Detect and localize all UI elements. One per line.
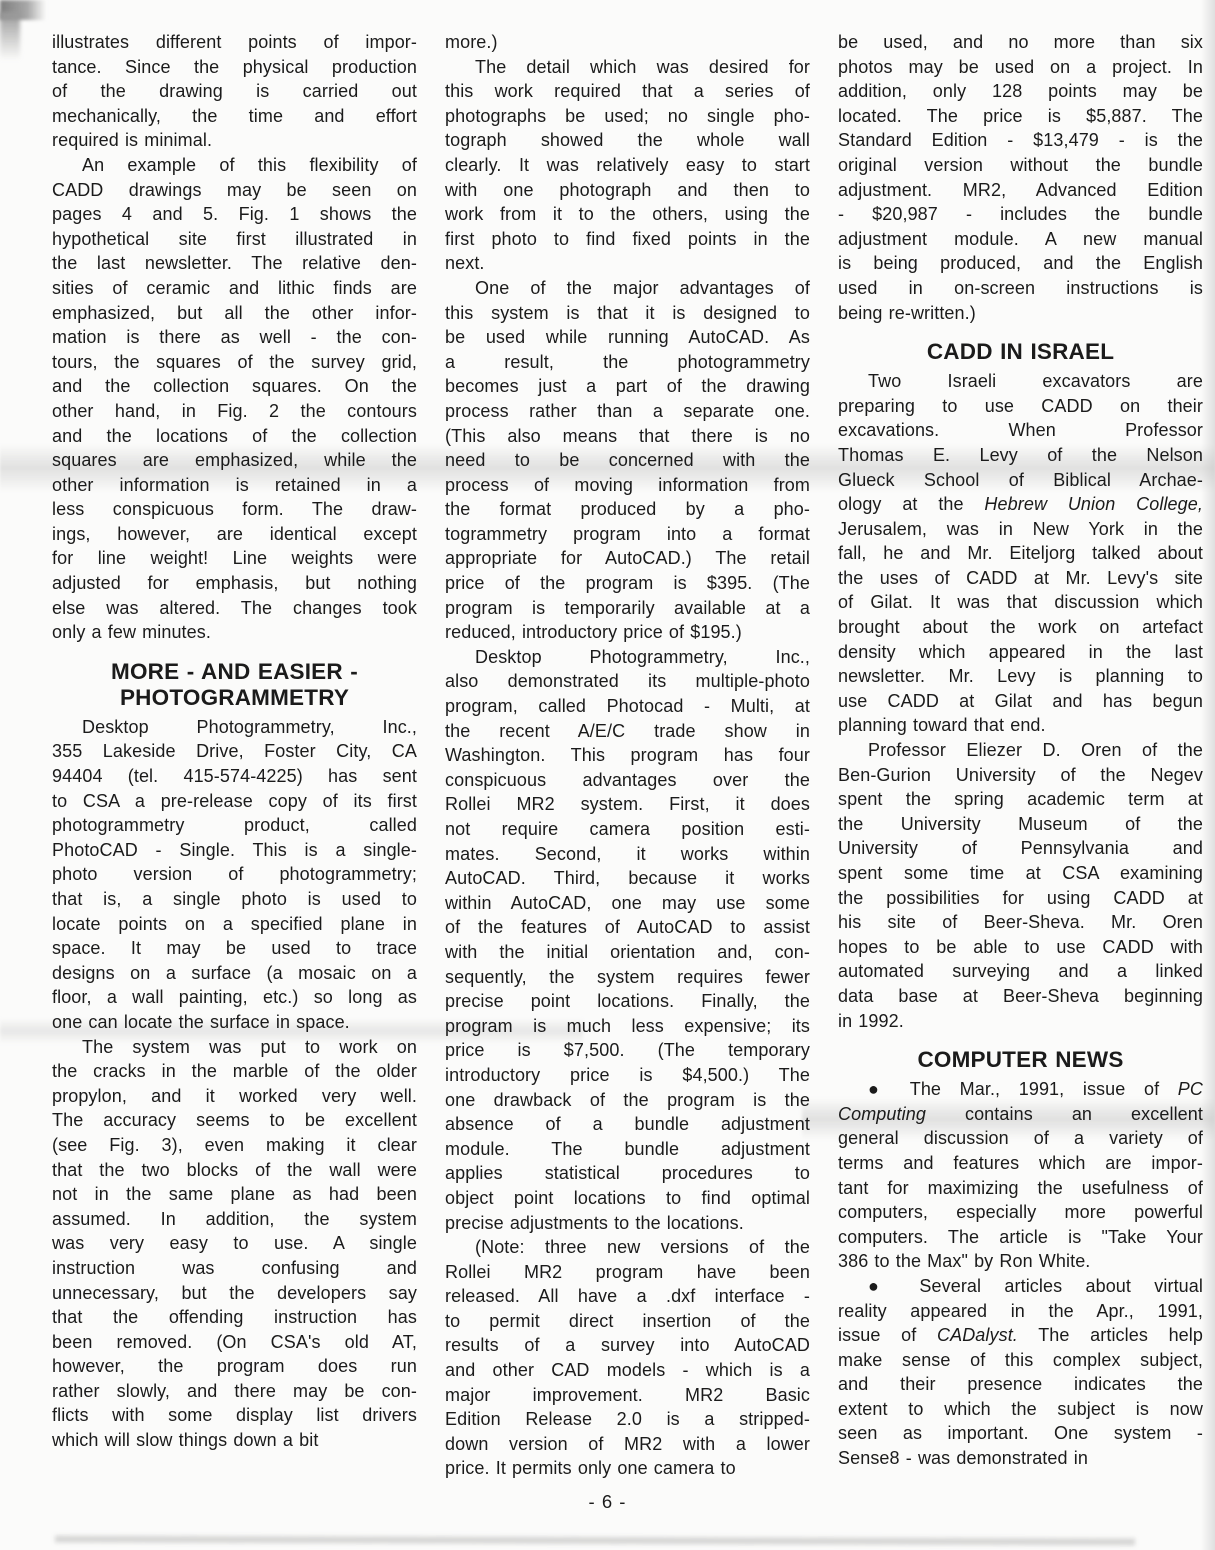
text-line: designs on a surface (a mosaic on a	[52, 961, 417, 986]
text-line: propylon, and it worked very well.	[52, 1084, 417, 1109]
text-line: next.	[445, 251, 810, 276]
text-line: less conspicuous form. The draw-	[52, 497, 417, 522]
text-line: applies statistical procedures to	[445, 1161, 810, 1186]
text-line: density which appeared in the last	[838, 640, 1203, 665]
text-line: for line weight! Line weights were	[52, 546, 417, 571]
text-line: not in the same plane as had been	[52, 1182, 417, 1207]
text-line: absence of a bundle adjustment	[445, 1112, 810, 1137]
text-line: 386 to the Max" by Ron White.	[838, 1249, 1203, 1274]
text-line: illustrates different points of impor-	[52, 30, 417, 55]
text-line: Desktop Photogrammetry, Inc.,	[52, 715, 417, 740]
text-line: data base at Beer-Sheva beginning	[838, 984, 1203, 1009]
text-line: in 1992.	[838, 1009, 1203, 1034]
text-line: not require camera position esti-	[445, 817, 810, 842]
text-line: 94404 (tel. 415-574-4225) has sent	[52, 764, 417, 789]
text-line: emphasized, but all the other infor-	[52, 301, 417, 326]
text-line: make sense of this complex subject,	[838, 1348, 1203, 1373]
text-line: been removed. (On CSA's old AT,	[52, 1330, 417, 1355]
text-line: squares are emphasized, while the	[52, 448, 417, 473]
text-line: precise point locations. Finally, the	[445, 989, 810, 1014]
text-line: the recent A/E/C trade show in	[445, 719, 810, 744]
paragraph: The system was put to work onthe cracks …	[52, 1035, 417, 1453]
text-line: with the initial orientation and, con-	[445, 940, 810, 965]
paragraph: Two Israeli excavators arepreparing to u…	[838, 369, 1203, 738]
text-line: one can locate the surface in space.	[52, 1010, 417, 1035]
text-line: tograph showed the whole wall	[445, 128, 810, 153]
section-heading: MORE - AND EASIER -PHOTOGRAMMETRY	[52, 659, 417, 711]
text-line: Glueck School of Biblical Archae-	[838, 468, 1203, 493]
text-line: the uses of CADD at Mr. Levy's site	[838, 566, 1203, 591]
text-line: An example of this flexibility of	[52, 153, 417, 178]
text-line: Professor Eliezer D. Oren of the	[838, 738, 1203, 763]
text-line: price is $7,500. (The temporary	[445, 1038, 810, 1063]
text-line: - $20,987 - includes the bundle	[838, 202, 1203, 227]
text-line: mates. Second, it works within	[445, 842, 810, 867]
paragraph: Desktop Photogrammetry, Inc.,355 Lakesid…	[52, 715, 417, 1035]
paragraph: An example of this flexibility ofCADD dr…	[52, 153, 417, 645]
text-line: Computing contains an excellent	[838, 1102, 1203, 1127]
text-line: located. The price is $5,887. The	[838, 104, 1203, 129]
text-line: was very easy to use. A single	[52, 1231, 417, 1256]
text-line: this work required that a series of	[445, 79, 810, 104]
text-column-2: more.)The detail which was desired forth…	[445, 30, 810, 1481]
text-line: addition, only 128 points may be	[838, 79, 1203, 104]
text-line: adjustment module. A new manual	[838, 227, 1203, 252]
text-line: down version of MR2 with a lower	[445, 1432, 810, 1457]
text-line: COMPUTER NEWS	[838, 1047, 1203, 1073]
text-line: mechanically, the time and effort	[52, 104, 417, 129]
text-line: Jerusalem, was in New York in the	[838, 517, 1203, 542]
text-line: price. It permits only one camera to	[445, 1456, 810, 1481]
text-line: CADD IN ISRAEL	[838, 339, 1203, 365]
text-line: however, the program does run	[52, 1354, 417, 1379]
text-line: (Note: three new versions of the	[445, 1235, 810, 1260]
text-line: more.)	[445, 30, 810, 55]
text-line: Edition Release 2.0 is a stripped-	[445, 1407, 810, 1432]
paragraph: more.)	[445, 30, 810, 55]
text-line: that the two blocks of the wall were	[52, 1158, 417, 1183]
text-line: extent to which the subject is now	[838, 1397, 1203, 1422]
text-line: The detail which was desired for	[445, 55, 810, 80]
text-line: which will slow things down a bit	[52, 1428, 417, 1453]
text-line: Ben-Gurion University of the Negev	[838, 763, 1203, 788]
text-line: rather slowly, and there may be con-	[52, 1379, 417, 1404]
text-line: object point locations to find optimal	[445, 1186, 810, 1211]
text-line: this system is that it is designed to	[445, 301, 810, 326]
section-heading: CADD IN ISRAEL	[838, 339, 1203, 365]
text-line: ● The Mar., 1991, issue of PC	[838, 1077, 1203, 1102]
text-line: Washington. This program has four	[445, 743, 810, 768]
page-number: - 6 -	[0, 1491, 1215, 1513]
text-line: that is, a single photo is used to	[52, 887, 417, 912]
text-line: One of the major advantages of	[445, 276, 810, 301]
text-line: 355 Lakeside Drive, Foster City, CA	[52, 739, 417, 764]
text-line: be used while running AutoCAD. As	[445, 325, 810, 350]
text-line: Desktop Photogrammetry, Inc.,	[445, 645, 810, 670]
text-line: of the drawing is carried out	[52, 79, 417, 104]
paragraph: illustrates different points of impor-ta…	[52, 30, 417, 153]
text-line: newsletter. Mr. Levy is planning to	[838, 664, 1203, 689]
text-line: PhotoCAD - Single. This is a single-	[52, 838, 417, 863]
text-line: process of moving information from	[445, 473, 810, 498]
text-line: the cracks in the marble of the older	[52, 1059, 417, 1084]
section-heading: COMPUTER NEWS	[838, 1047, 1203, 1073]
text-line: of the features of AutoCAD to assist	[445, 915, 810, 940]
text-line: University of Pennsylvania and	[838, 836, 1203, 861]
text-line: Standard Edition - $13,479 - is the	[838, 128, 1203, 153]
text-line: appropriate for AutoCAD.) The retail	[445, 546, 810, 571]
text-line: program, called Photocad - Multi, at	[445, 694, 810, 719]
text-line: his site of Beer-Sheva. Mr. Oren	[838, 910, 1203, 935]
text-line: conspicuous advantages over the	[445, 768, 810, 793]
text-line: original version without the bundle	[838, 153, 1203, 178]
text-line: need to be concerned with the	[445, 448, 810, 473]
text-line: first photo to find fixed points in the	[445, 227, 810, 252]
text-column-1: illustrates different points of impor-ta…	[52, 30, 417, 1453]
text-line: photos may be used on a project. In	[838, 55, 1203, 80]
text-line: AutoCAD. Third, because it works	[445, 866, 810, 891]
text-line: Sense8 - was demonstrated in	[838, 1446, 1203, 1471]
text-line: the possibilities for using CADD at	[838, 886, 1203, 911]
text-column-3: be used, and no more than sixphotos may …	[838, 30, 1203, 1471]
text-line: computers, especially more powerful	[838, 1200, 1203, 1225]
text-line: ● Several articles about virtual	[838, 1274, 1203, 1299]
text-line: issue of CADalyst. The articles help	[838, 1323, 1203, 1348]
scan-artifact-bottom-edge	[55, 1536, 1135, 1546]
text-line: only a few minutes.	[52, 620, 417, 645]
text-line: tours, the squares of the survey grid,	[52, 350, 417, 375]
text-line: within AutoCAD, one may use some	[445, 891, 810, 916]
text-line: spent some time at CSA examining	[838, 861, 1203, 886]
paragraph: Desktop Photogrammetry, Inc.,also demons…	[445, 645, 810, 1235]
text-line: one drawback of the program is the	[445, 1088, 810, 1113]
text-line: MORE - AND EASIER -	[52, 659, 417, 685]
text-line: else was altered. The changes took	[52, 596, 417, 621]
text-line: sequently, the system requires fewer	[445, 965, 810, 990]
text-line: the format produced by a pho-	[445, 497, 810, 522]
text-line: assumed. In addition, the system	[52, 1207, 417, 1232]
text-line: clearly. It was relatively easy to start	[445, 153, 810, 178]
text-line: unnecessary, but the developers say	[52, 1281, 417, 1306]
text-line: the last newsletter. The relative den-	[52, 251, 417, 276]
columns-container: illustrates different points of impor-ta…	[0, 0, 1215, 1481]
text-line: instruction was confusing and	[52, 1256, 417, 1281]
text-line: pages 4 and 5. Fig. 1 shows the	[52, 202, 417, 227]
text-line: computers. The article is "Take Your	[838, 1225, 1203, 1250]
text-line: and the locations of the collection	[52, 424, 417, 449]
text-line: and other CAD models - which is a	[445, 1358, 810, 1383]
newsletter-page: illustrates different points of impor-ta…	[0, 0, 1215, 1513]
text-line: brought about the work on artefact	[838, 615, 1203, 640]
text-line: that the offending instruction has	[52, 1305, 417, 1330]
text-line: introductory price is $4,500.) The	[445, 1063, 810, 1088]
text-line: fall, he and Mr. Eiteljorg talked about	[838, 541, 1203, 566]
text-line: space. It may be used to trace	[52, 936, 417, 961]
text-line: work from it to the others, using the	[445, 202, 810, 227]
text-line: being re-written.)	[838, 301, 1203, 326]
text-line: results of a survey into AutoCAD	[445, 1333, 810, 1358]
text-line: other hand, in Fig. 2 the contours	[52, 399, 417, 424]
text-line: CADD drawings may be seen on	[52, 178, 417, 203]
text-line: tance. Since the physical production	[52, 55, 417, 80]
text-line: automated surveying and a linked	[838, 959, 1203, 984]
text-line: hypothetical site first illustrated in	[52, 227, 417, 252]
text-line: price of the program is $395. (The	[445, 571, 810, 596]
text-line: mation is there as well - the con-	[52, 325, 417, 350]
text-line: also demonstrated its multiple-photo	[445, 669, 810, 694]
text-line: reality appeared in the Apr., 1991,	[838, 1299, 1203, 1324]
text-line: preparing to use CADD on their	[838, 394, 1203, 419]
text-line: floor, a wall painting, etc.) so long as	[52, 985, 417, 1010]
text-line: precise adjustments to the locations.	[445, 1211, 810, 1236]
text-line: process rather than a separate one.	[445, 399, 810, 424]
text-line: ings, however, are identical except	[52, 522, 417, 547]
text-line: togrammetry program into a format	[445, 522, 810, 547]
text-line: (This also means that there is no	[445, 424, 810, 449]
text-line: general discussion of a variety of	[838, 1126, 1203, 1151]
text-line: ology at the Hebrew Union College,	[838, 492, 1203, 517]
text-line: terms and features which are impor-	[838, 1151, 1203, 1176]
text-line: program is much less expensive; its	[445, 1014, 810, 1039]
text-line: seen as important. One system -	[838, 1421, 1203, 1446]
text-line: The system was put to work on	[52, 1035, 417, 1060]
text-line: is being produced, and the English	[838, 251, 1203, 276]
text-line: Two Israeli excavators are	[838, 369, 1203, 394]
text-line: of Gilat. It was that discussion which	[838, 590, 1203, 615]
text-line: adjustment. MR2, Advanced Edition	[838, 178, 1203, 203]
paragraph: Professor Eliezer D. Oren of theBen-Guri…	[838, 738, 1203, 1033]
paragraph: The detail which was desired forthis wor…	[445, 55, 810, 276]
text-line: photographs be used; no single pho-	[445, 104, 810, 129]
text-line: to permit direct insertion of the	[445, 1309, 810, 1334]
text-line: PHOTOGRAMMETRY	[52, 685, 417, 711]
text-line: becomes just a part of the drawing	[445, 374, 810, 399]
text-line: Rollei MR2 system. First, it does	[445, 792, 810, 817]
text-line: excavations. When Professor	[838, 418, 1203, 443]
paragraph: ● Several articles about virtualreality …	[838, 1274, 1203, 1471]
text-line: planning toward that end.	[838, 713, 1203, 738]
text-line: reduced, introductory price of $195.)	[445, 620, 810, 645]
paragraph: (Note: three new versions of theRollei M…	[445, 1235, 810, 1481]
text-line: other information is retained in a	[52, 473, 417, 498]
text-line: use CADD at Gilat and has begun	[838, 689, 1203, 714]
text-line: program is temporarily available at a	[445, 596, 810, 621]
text-line: photogrammetry product, called	[52, 813, 417, 838]
paragraph: be used, and no more than sixphotos may …	[838, 30, 1203, 325]
text-line: module. The bundle adjustment	[445, 1137, 810, 1162]
text-line: The accuracy seems to be excellent	[52, 1108, 417, 1133]
text-line: and their presence indicates the	[838, 1372, 1203, 1397]
text-line: major improvement. MR2 Basic	[445, 1383, 810, 1408]
text-line: adjusted for emphasis, but nothing	[52, 571, 417, 596]
paragraph: One of the major advantages ofthis syste…	[445, 276, 810, 645]
text-line: hopes to be able to use CADD with	[838, 935, 1203, 960]
text-line: with one photograph and then to	[445, 178, 810, 203]
text-line: locate points on a specified plane in	[52, 912, 417, 937]
text-line: tant for maximizing the usefulness of	[838, 1176, 1203, 1201]
paragraph: ● The Mar., 1991, issue of PCComputing c…	[838, 1077, 1203, 1274]
text-line: a result, the photogrammetry	[445, 350, 810, 375]
text-line: Thomas E. Levy of the Nelson	[838, 443, 1203, 468]
text-line: to CSA a pre-release copy of its first	[52, 789, 417, 814]
text-line: the University Museum of the	[838, 812, 1203, 837]
text-line: released. All have a .dxf interface -	[445, 1284, 810, 1309]
text-line: sities of ceramic and lithic finds are	[52, 276, 417, 301]
text-line: flicts with some display list drivers	[52, 1403, 417, 1428]
text-line: and the collection squares. On the	[52, 374, 417, 399]
text-line: used in on-screen instructions is	[838, 276, 1203, 301]
text-line: (see Fig. 3), even making it clear	[52, 1133, 417, 1158]
text-line: Rollei MR2 program have been	[445, 1260, 810, 1285]
text-line: required is minimal.	[52, 128, 417, 153]
text-line: be used, and no more than six	[838, 30, 1203, 55]
text-line: spent the spring academic term at	[838, 787, 1203, 812]
text-line: photo version of photogrammetry;	[52, 862, 417, 887]
